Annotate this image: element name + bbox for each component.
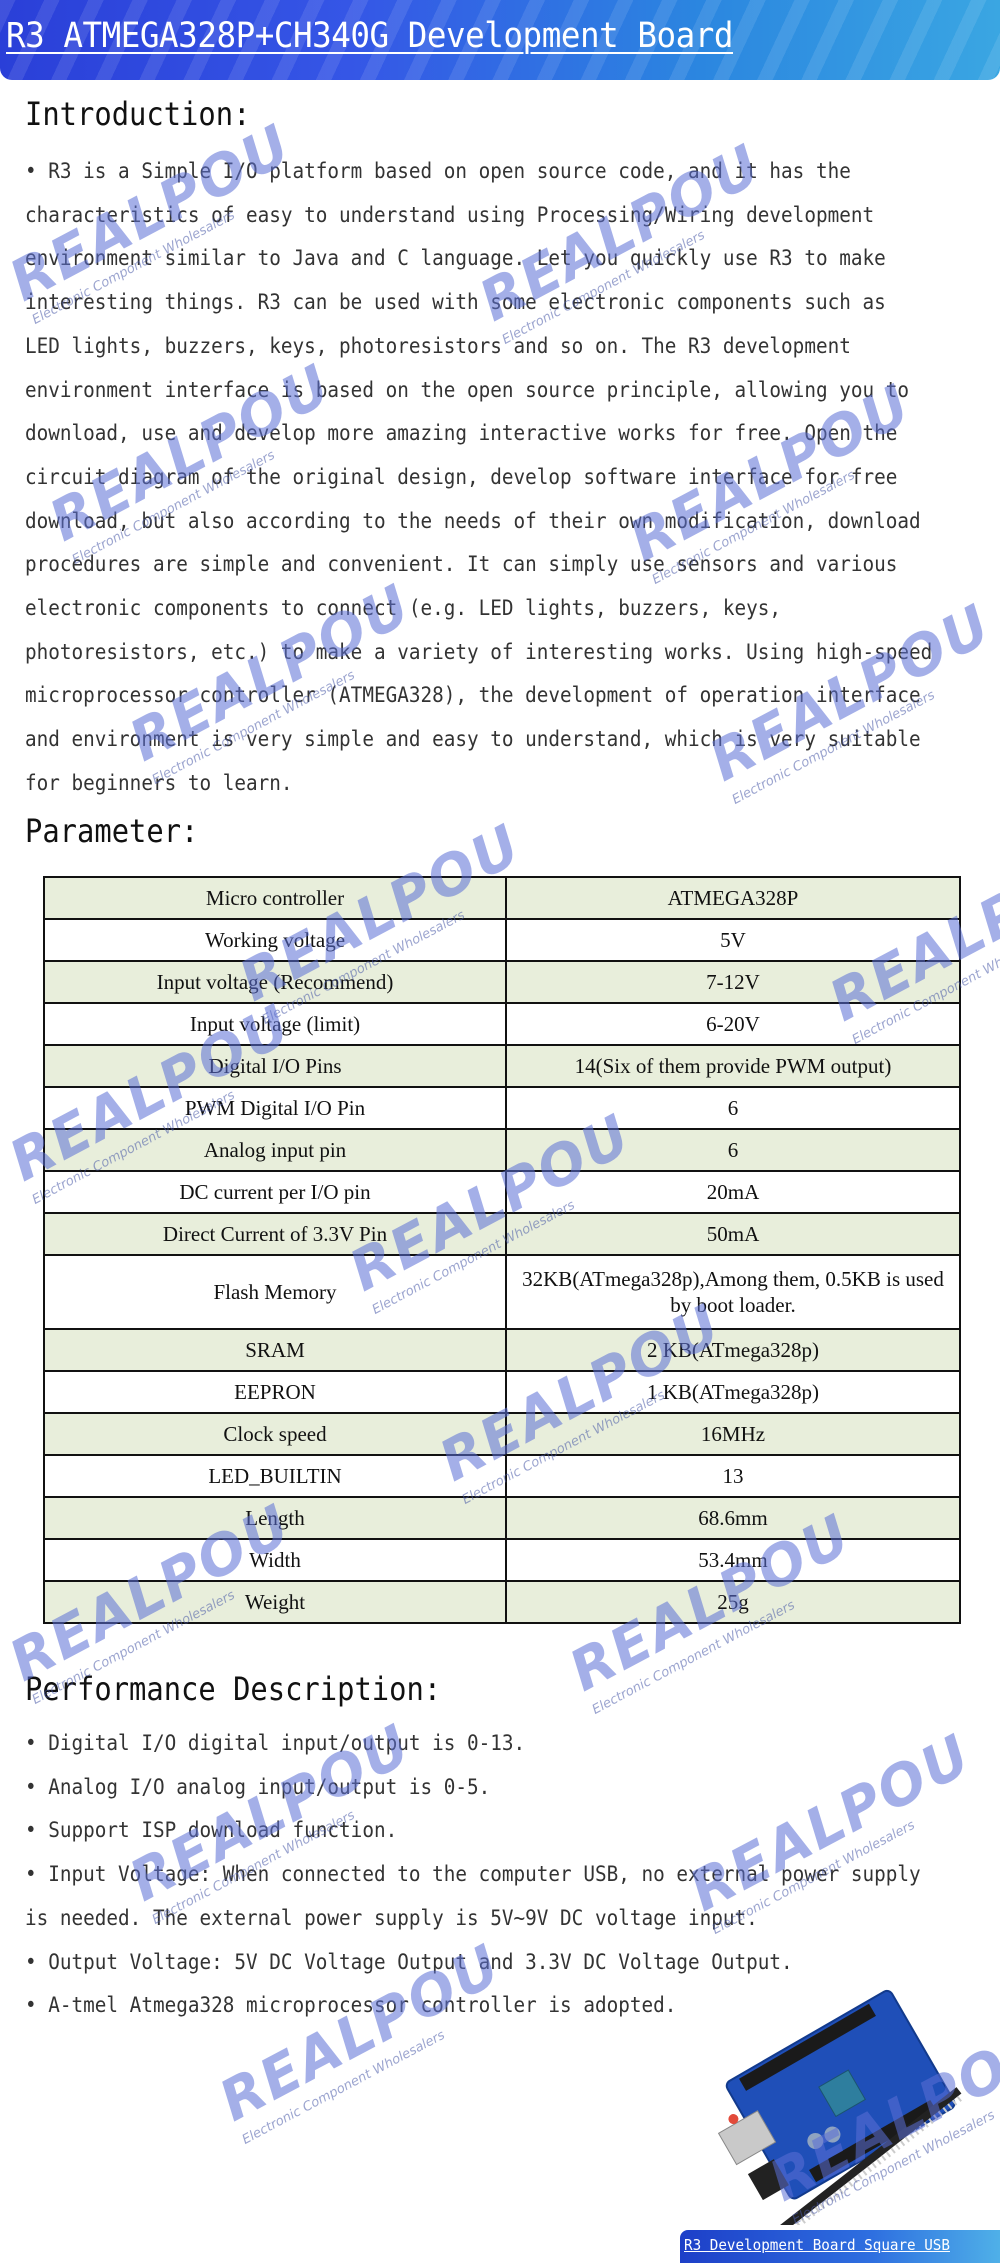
parameter-label: DC current per I/O pin xyxy=(44,1171,506,1213)
parameter-value: 5V xyxy=(506,919,960,961)
parameter-value: 14(Six of them provide PWM output) xyxy=(506,1045,960,1087)
performance-item: is needed. The external power supply is … xyxy=(25,1897,927,1941)
footer-label: R3 Development Board Square USB xyxy=(684,2236,950,2254)
parameter-label: SRAM xyxy=(44,1329,506,1371)
performance-item: • Support ISP download function. xyxy=(25,1809,927,1853)
introduction-line: environment similar to Java and C langua… xyxy=(25,237,927,281)
parameter-value: 32KB(ATmega328p),Among them, 0.5KB is us… xyxy=(506,1255,960,1329)
footer-banner: R3 Development Board Square USB xyxy=(680,2230,1000,2263)
board-image xyxy=(705,1975,970,2225)
parameter-table: Micro controllerATMEGA328PWorking voltag… xyxy=(43,876,961,1624)
introduction-line: and environment is very simple and easy … xyxy=(25,718,927,762)
parameter-label: LED_BUILTIN xyxy=(44,1455,506,1497)
table-row: Analog input pin6 xyxy=(44,1129,960,1171)
introduction-line: circuit diagram of the original design, … xyxy=(25,456,927,500)
introduction-line: procedures are simple and convenient. It… xyxy=(25,543,927,587)
table-row: PWM Digital I/O Pin6 xyxy=(44,1087,960,1129)
introduction-line: microprocessor controller (ATMEGA328), t… xyxy=(25,674,927,718)
performance-item: • Digital I/O digital input/output is 0-… xyxy=(25,1722,927,1766)
parameter-label: Digital I/O Pins xyxy=(44,1045,506,1087)
performance-heading: Performance Description: xyxy=(25,1670,441,1708)
introduction-line: download, but also according to the need… xyxy=(25,500,927,544)
table-row: Clock speed16MHz xyxy=(44,1413,960,1455)
parameter-label: Analog input pin xyxy=(44,1129,506,1171)
introduction-line: characteristics of easy to understand us… xyxy=(25,194,927,238)
parameter-value: 6 xyxy=(506,1087,960,1129)
parameter-value: ATMEGA328P xyxy=(506,877,960,919)
performance-item: • Input Voltage: When connected to the c… xyxy=(25,1853,927,1897)
parameter-value: 53.4mm xyxy=(506,1539,960,1581)
introduction-line: interesting things. R3 can be used with … xyxy=(25,281,927,325)
parameter-label: Working voltage xyxy=(44,919,506,961)
introduction-line: • R3 is a Simple I/O platform based on o… xyxy=(25,150,927,194)
table-row: Input voltage (Recommend)7-12V xyxy=(44,961,960,1003)
performance-item: • Analog I/O analog input/output is 0-5. xyxy=(25,1766,927,1810)
table-row: Width53.4mm xyxy=(44,1539,960,1581)
introduction-line: environment interface is based on the op… xyxy=(25,369,927,413)
parameter-value: 13 xyxy=(506,1455,960,1497)
table-row: Micro controllerATMEGA328P xyxy=(44,877,960,919)
table-row: Input voltage (limit)6-20V xyxy=(44,1003,960,1045)
parameter-label: Input voltage (limit) xyxy=(44,1003,506,1045)
parameter-value: 20mA xyxy=(506,1171,960,1213)
parameter-heading: Parameter: xyxy=(25,812,198,850)
parameter-label: Input voltage (Recommend) xyxy=(44,961,506,1003)
table-row: EEPRON1 KB(ATmega328p) xyxy=(44,1371,960,1413)
introduction-line: electronic components to connect (e.g. L… xyxy=(25,587,927,631)
table-row: Flash Memory32KB(ATmega328p),Among them,… xyxy=(44,1255,960,1329)
parameter-label: Width xyxy=(44,1539,506,1581)
introduction-heading: Introduction: xyxy=(25,95,250,133)
title-banner: R3 ATMEGA328P+CH340G Development Board xyxy=(0,0,1000,80)
parameter-value: 50mA xyxy=(506,1213,960,1255)
introduction-line: photoresistors, etc.) to make a variety … xyxy=(25,631,927,675)
parameter-label: EEPRON xyxy=(44,1371,506,1413)
parameter-label: Micro controller xyxy=(44,877,506,919)
page-title: R3 ATMEGA328P+CH340G Development Board xyxy=(6,16,733,56)
introduction-line: LED lights, buzzers, keys, photoresistor… xyxy=(25,325,927,369)
parameter-label: Direct Current of 3.3V Pin xyxy=(44,1213,506,1255)
parameter-value: 68.6mm xyxy=(506,1497,960,1539)
table-row: DC current per I/O pin20mA xyxy=(44,1171,960,1213)
parameter-label: Weight xyxy=(44,1581,506,1623)
parameter-label: Clock speed xyxy=(44,1413,506,1455)
table-row: Direct Current of 3.3V Pin50mA xyxy=(44,1213,960,1255)
parameter-value: 7-12V xyxy=(506,961,960,1003)
parameter-value: 1 KB(ATmega328p) xyxy=(506,1371,960,1413)
table-row: LED_BUILTIN13 xyxy=(44,1455,960,1497)
parameter-value: 6 xyxy=(506,1129,960,1171)
parameter-value: 25g xyxy=(506,1581,960,1623)
parameter-label: PWM Digital I/O Pin xyxy=(44,1087,506,1129)
table-row: Working voltage5V xyxy=(44,919,960,961)
parameter-label: Length xyxy=(44,1497,506,1539)
parameter-label: Flash Memory xyxy=(44,1255,506,1329)
table-row: Digital I/O Pins14(Six of them provide P… xyxy=(44,1045,960,1087)
parameter-value: 6-20V xyxy=(506,1003,960,1045)
introduction-line: download, use and develop more amazing i… xyxy=(25,412,927,456)
table-row: Length68.6mm xyxy=(44,1497,960,1539)
introduction-text: • R3 is a Simple I/O platform based on o… xyxy=(25,150,1000,806)
parameter-value: 16MHz xyxy=(506,1413,960,1455)
table-row: Weight25g xyxy=(44,1581,960,1623)
table-row: SRAM2 KB(ATmega328p) xyxy=(44,1329,960,1371)
introduction-line: for beginners to learn. xyxy=(25,762,927,806)
parameter-value: 2 KB(ATmega328p) xyxy=(506,1329,960,1371)
